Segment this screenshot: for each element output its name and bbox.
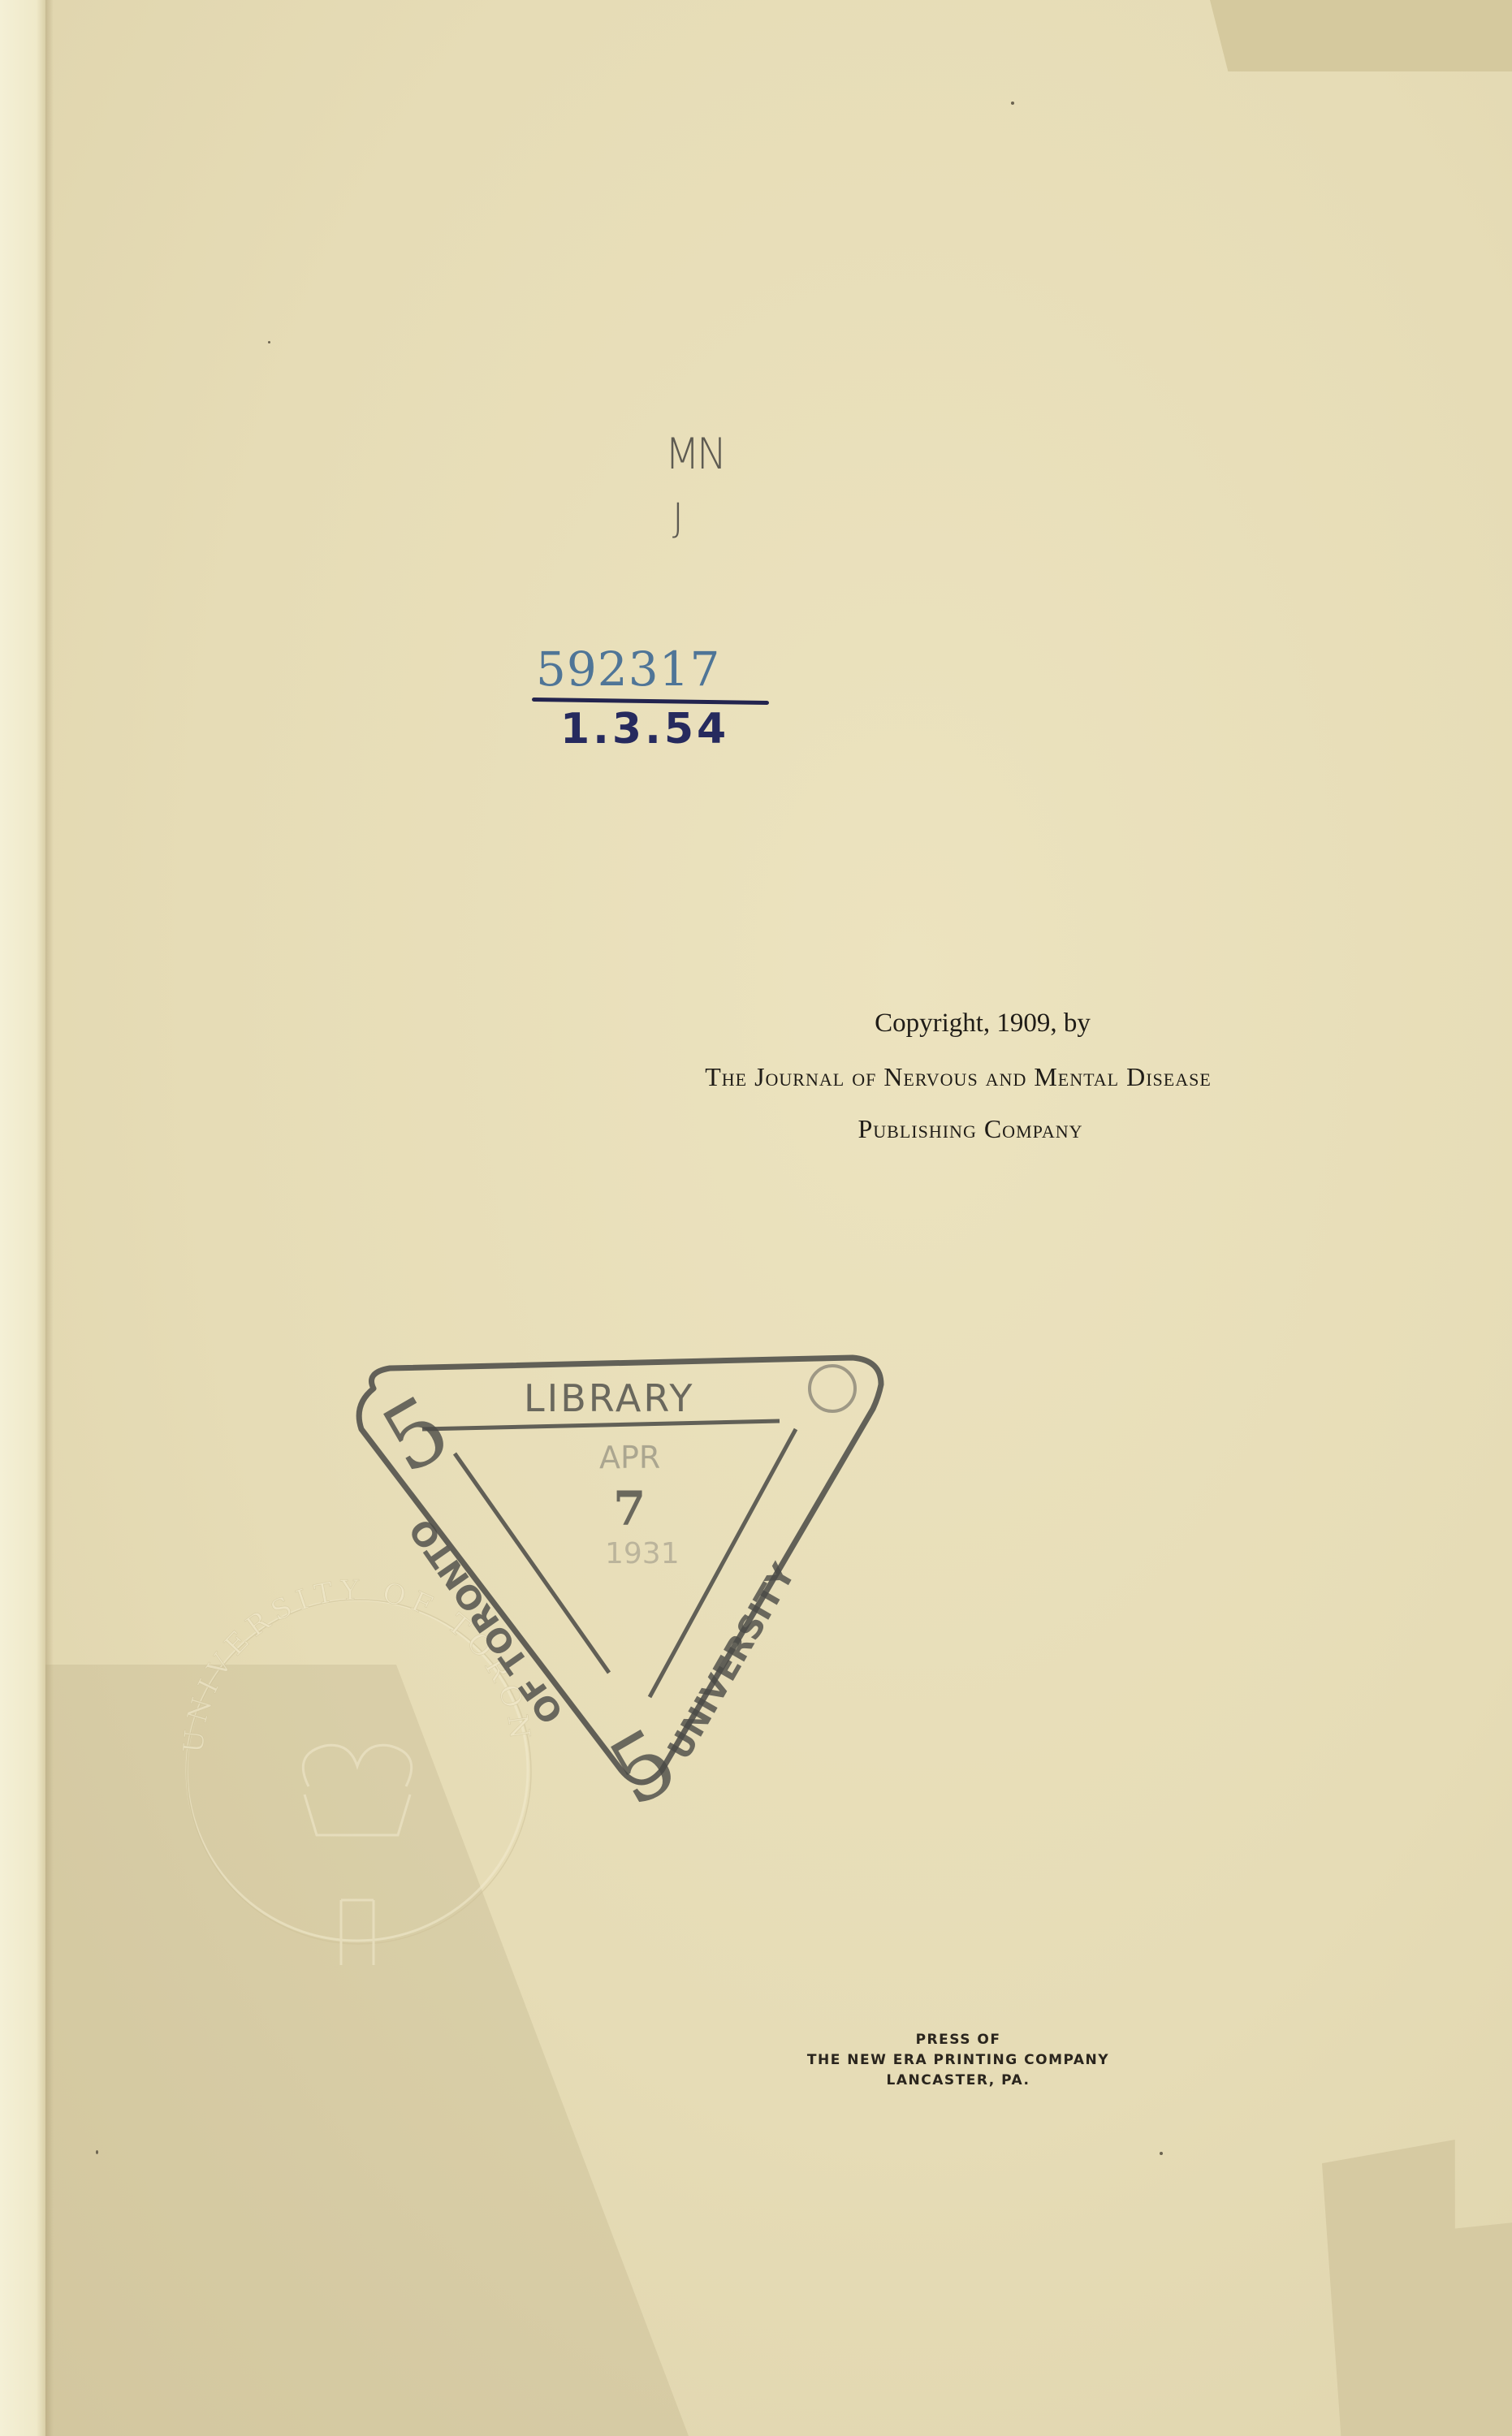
publisher-name: The Journal of Nervous and Mental Diseas… [593, 1060, 1324, 1093]
copyright-line: Copyright, 1909, by [642, 1007, 1324, 1039]
svg-text:OF TORONTO: OF TORONTO [403, 1512, 572, 1730]
printer-line1: Press of [780, 2030, 1137, 2050]
paper-speck [268, 341, 270, 343]
paper-speck [1011, 101, 1014, 105]
svg-text:APR: APR [599, 1440, 660, 1475]
paper-stain-top-right [1210, 0, 1512, 71]
svg-text:UNIVERSITY: UNIVERSITY [661, 1557, 803, 1766]
svg-text:7: 7 [613, 1481, 646, 1536]
accession-date: 1.3.54 [560, 705, 729, 754]
accession-underline [532, 698, 769, 705]
svg-text:1931: 1931 [605, 1537, 680, 1570]
copyright-notice: Copyright, 1909, by The Journal of Nervo… [593, 1007, 1324, 1145]
page-edge-margin [0, 0, 45, 2436]
handwritten-shelfmark-line2: J [654, 495, 702, 541]
paper-stain-bottom-right [1322, 2140, 1512, 2436]
svg-text:LIBRARY: LIBRARY [524, 1376, 694, 1420]
accession-number: 592317 [536, 641, 720, 697]
scanned-page: MN J 592317 1.3.54 Copyright, 1909, by T… [0, 0, 1512, 2436]
printer-imprint: Press of The New Era Printing Company La… [780, 2030, 1137, 2091]
library-stamp-icon: LIBRARY APR 7 1931 OF TORONTO UNIVERSITY… [341, 1340, 909, 1803]
svg-text:5: 5 [365, 1376, 467, 1494]
printer-location: Lancaster, Pa. [780, 2071, 1137, 2091]
printer-name: The New Era Printing Company [780, 2050, 1137, 2071]
paper-speck [96, 2150, 98, 2154]
publisher-company: Publishing Company [617, 1112, 1324, 1145]
handwritten-shelfmark-line1: MN [654, 430, 735, 479]
paper-speck [1160, 2152, 1163, 2155]
